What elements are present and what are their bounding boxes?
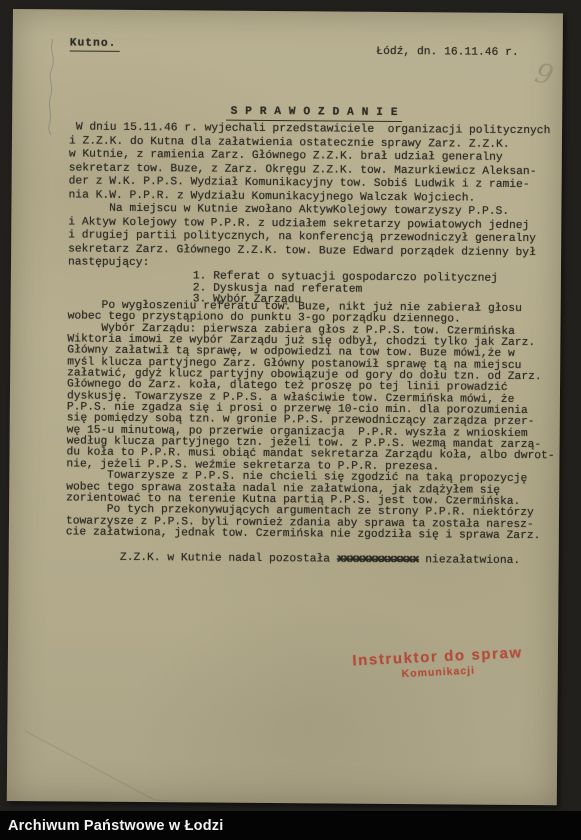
archive-footer-label: Archiwum Państwowe w Łodzi — [0, 818, 223, 834]
closing-before: Z.Z.K. w Kutnie nadal pozostała — [120, 552, 337, 566]
closing-line: Z.Z.K. w Kutnie nadal pozostała xxxxxxxx… — [66, 539, 521, 579]
closing-after: niezałatwiona. — [418, 554, 520, 567]
pencil-margin-note: 9 — [532, 58, 556, 92]
scan-background: Kutno. Łódź, dn. 16.11.46 r. S P R A W O… — [0, 0, 581, 840]
paper-sheet: Kutno. Łódź, dn. 16.11.46 r. S P R A W O… — [7, 9, 563, 805]
typed-paragraphs-2: Po wygłoszeniu referatu tow. Buze, nikt … — [66, 300, 553, 542]
document-header: Kutno. Łódź, dn. 16.11.46 r. — [70, 37, 519, 59]
red-ink-stamp: Instruktor do spraw Komunikacji — [337, 644, 538, 684]
place-label: Kutno. — [70, 37, 120, 51]
archive-footer-bar: Archiwum Państwowe w Łodzi — [0, 811, 581, 840]
struck-out-word: xxxxxxxxxxxxx — [337, 554, 419, 567]
date-line: Łódź, dn. 16.11.46 r. — [376, 46, 518, 59]
typed-paragraphs-1: W dniu 15.11.46 r. wyjechali przedstawic… — [68, 121, 554, 273]
